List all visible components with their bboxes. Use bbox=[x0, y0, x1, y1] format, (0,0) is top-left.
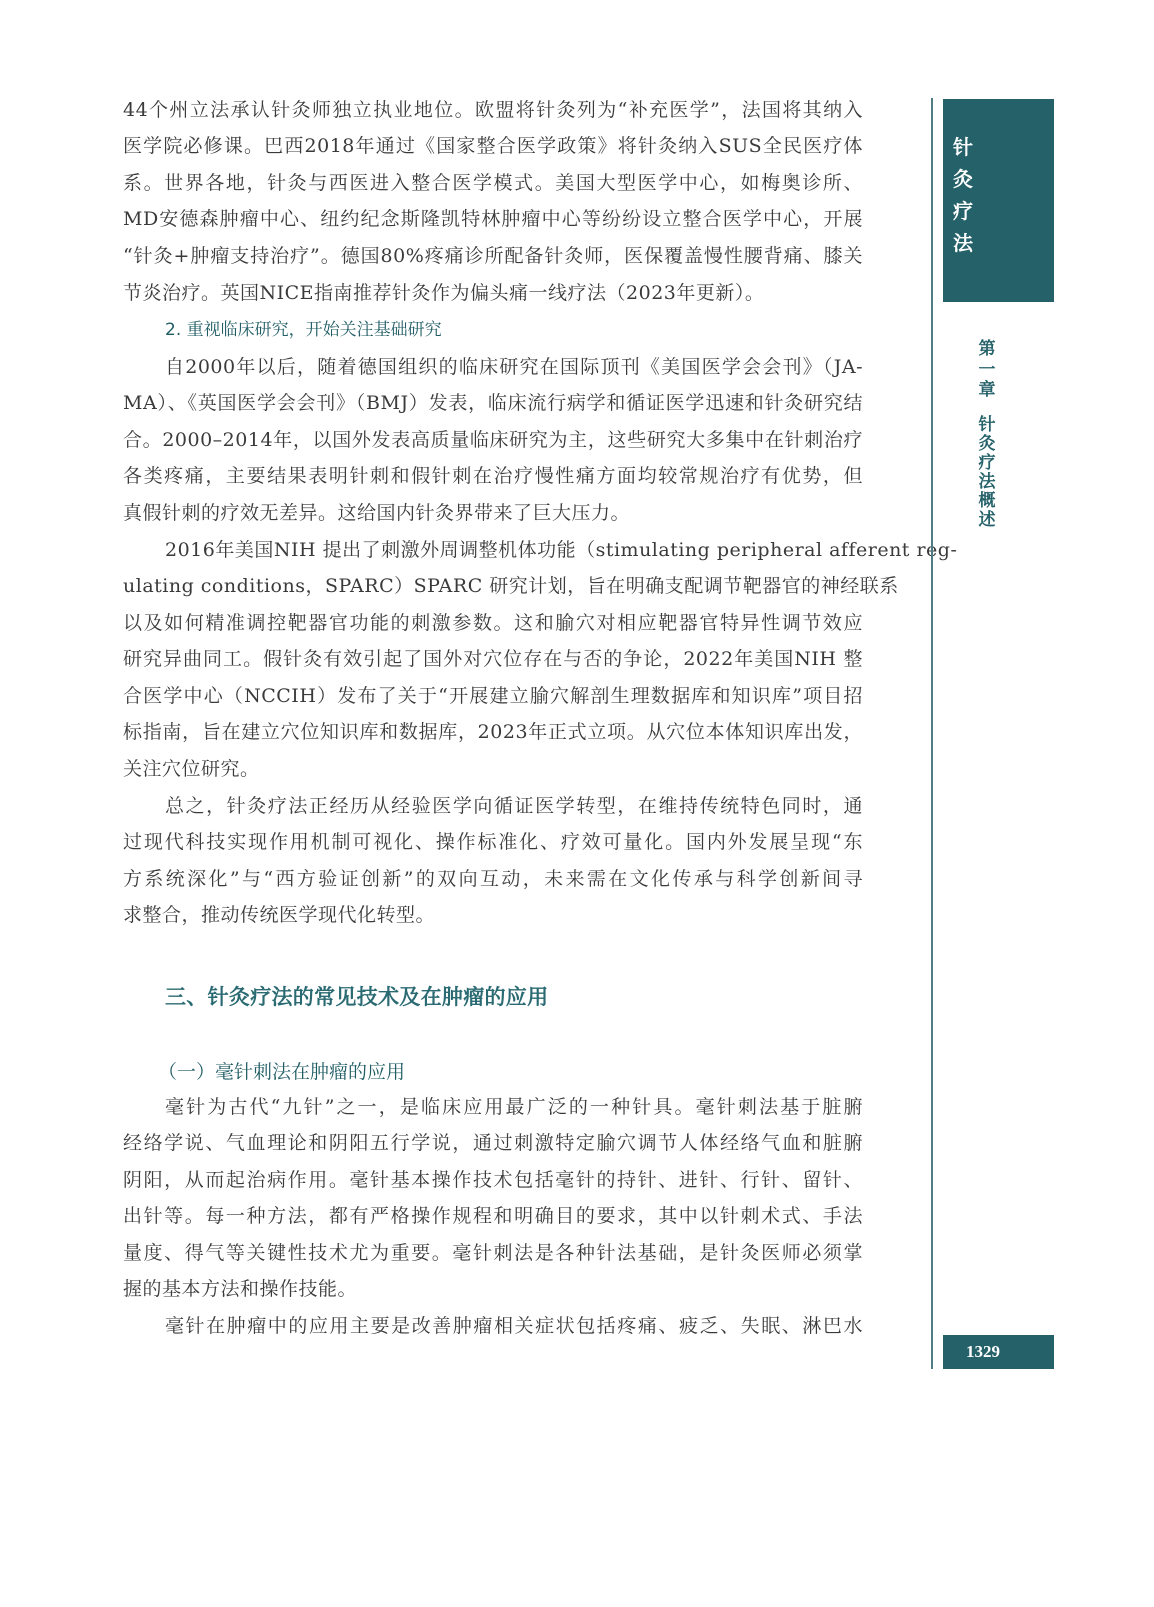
chapter-char: 针 bbox=[975, 415, 999, 435]
chapter-char: 概 bbox=[975, 491, 999, 511]
text-line: 毫针为古代“九针”之一，是临床应用最广泛的一种针具。毫针刺法基于脏腑 bbox=[165, 1095, 863, 1119]
text-line: 握的基本方法和操作技能。 bbox=[123, 1277, 863, 1301]
text-line: MA）、《英国医学会会刊》（BMJ）发表，临床流行病学和循证医学迅速和针灸研究结 bbox=[123, 391, 863, 415]
text-line: 研究异曲同工。假针灸有效引起了国外对穴位存在与否的争论，2022年美国NIH 整 bbox=[123, 647, 863, 671]
text-line: 过现代科技实现作用机制可视化、操作标准化、疗效可量化。国内外发展呈现“东 bbox=[123, 830, 863, 854]
text-line: 医学院必修课。巴西2018年通过《国家整合医学政策》将针灸纳入SUS全民医疗体 bbox=[123, 134, 863, 158]
text-line: 关注穴位研究。 bbox=[123, 757, 863, 781]
text-line: “针灸+肿瘤支持治疗”。德国80%疼痛诊所配备针灸师，医保覆盖慢性腰背痛、膝关 bbox=[123, 244, 863, 268]
text-line: 自2000年以后，随着德国组织的临床研究在国际顶刊《美国医学会会刊》（JA- bbox=[165, 355, 863, 379]
subsection-heading: （一）毫针刺法在肿瘤的应用 bbox=[158, 1059, 405, 1085]
text-line: 合医学中心（NCCIH）发布了关于“开展建立腧穴解剖生理数据库和知识库”项目招 bbox=[123, 684, 863, 708]
book-page: 44个州立法承认针灸师独立执业地位。欧盟将针灸列为“补充医学”，法国将其纳入 医… bbox=[0, 0, 1154, 1607]
chapter-char: 章 bbox=[975, 380, 999, 400]
text-line: 合。2000–2014年，以国外发表高质量临床研究为主，这些研究大多集中在针刺治… bbox=[123, 428, 863, 452]
text-line: 以及如何精准调控靶器官功能的刺激参数。这和腧穴对相应靶器官特异性调节效应 bbox=[123, 611, 863, 635]
text-line: 节炎治疗。英国NICE指南推荐针灸作为偏头痛一线疗法（2023年更新）。 bbox=[123, 281, 863, 305]
text-line: 求整合，推动传统医学现代化转型。 bbox=[123, 903, 863, 927]
subsection-heading: 2. 重视临床研究，开始关注基础研究 bbox=[165, 318, 442, 342]
chapter-char: 一 bbox=[975, 360, 999, 380]
text-line: 各类疼痛，主要结果表明针刺和假针刺在治疗慢性痛方面均较常规治疗有优势，但 bbox=[123, 464, 863, 488]
book-title-char: 疗 bbox=[943, 199, 983, 223]
chapter-char: 第 bbox=[975, 339, 999, 359]
text-line: 44个州立法承认针灸师独立执业地位。欧盟将针灸列为“补充医学”，法国将其纳入 bbox=[123, 98, 863, 122]
margin-divider bbox=[931, 98, 933, 1369]
text-line: 系。世界各地，针灸与西医进入整合医学模式。美国大型医学中心，如梅奥诊所、 bbox=[123, 171, 863, 195]
text-line: 方系统深化”与“西方验证创新”的双向互动，未来需在文化传承与科学创新间寻 bbox=[123, 867, 863, 891]
chapter-char: 疗 bbox=[975, 453, 999, 473]
page-number-tab: 1329 bbox=[943, 1335, 1054, 1369]
book-title-char: 针 bbox=[943, 135, 983, 159]
text-line: 量度、得气等关键性技术尤为重要。毫针刺法是各种针法基础，是针灸医师必须掌 bbox=[123, 1241, 863, 1265]
chapter-char: 述 bbox=[975, 510, 999, 530]
text-line: 真假针刺的疗效无差异。这给国内针灸界带来了巨大压力。 bbox=[123, 501, 863, 525]
text-line: 阴阳，从而起治病作用。毫针基本操作技术包括毫针的持针、进针、行针、留针、 bbox=[123, 1168, 863, 1192]
text-line: 毫针在肿瘤中的应用主要是改善肿瘤相关症状包括疼痛、疲乏、失眠、淋巴水 bbox=[165, 1314, 863, 1338]
text-line: MD安德森肿瘤中心、纽约纪念斯隆凯特林肿瘤中心等纷纷设立整合医学中心，开展 bbox=[123, 207, 863, 231]
book-title-tab: 针 灸 疗 法 bbox=[943, 99, 1054, 302]
text-line: 2016年美国NIH 提出了刺激外周调整机体功能（stimulating per… bbox=[165, 538, 863, 562]
text-line: 标指南，旨在建立穴位知识库和数据库，2023年正式立项。从穴位本体知识库出发， bbox=[123, 720, 863, 744]
chapter-char: 灸 bbox=[975, 434, 999, 454]
chapter-char: 法 bbox=[975, 472, 999, 492]
page-number: 1329 bbox=[966, 1340, 1000, 1364]
book-title-char: 法 bbox=[943, 231, 983, 255]
text-line: 经络学说、气血理论和阴阳五行学说，通过刺激特定腧穴调节人体经络气血和脏腑 bbox=[123, 1131, 863, 1155]
text-line: ulating conditions，SPARC）SPARC 研究计划，旨在明确… bbox=[123, 574, 863, 598]
text-line: 总之，针灸疗法正经历从经验医学向循证医学转型，在维持传统特色同时，通 bbox=[165, 794, 863, 818]
section-heading: 三、针灸疗法的常见技术及在肿瘤的应用 bbox=[165, 982, 548, 1012]
book-title-char: 灸 bbox=[943, 167, 983, 191]
text-line: 出针等。每一种方法，都有严格操作规程和明确目的要求，其中以针刺术式、手法 bbox=[123, 1204, 863, 1228]
